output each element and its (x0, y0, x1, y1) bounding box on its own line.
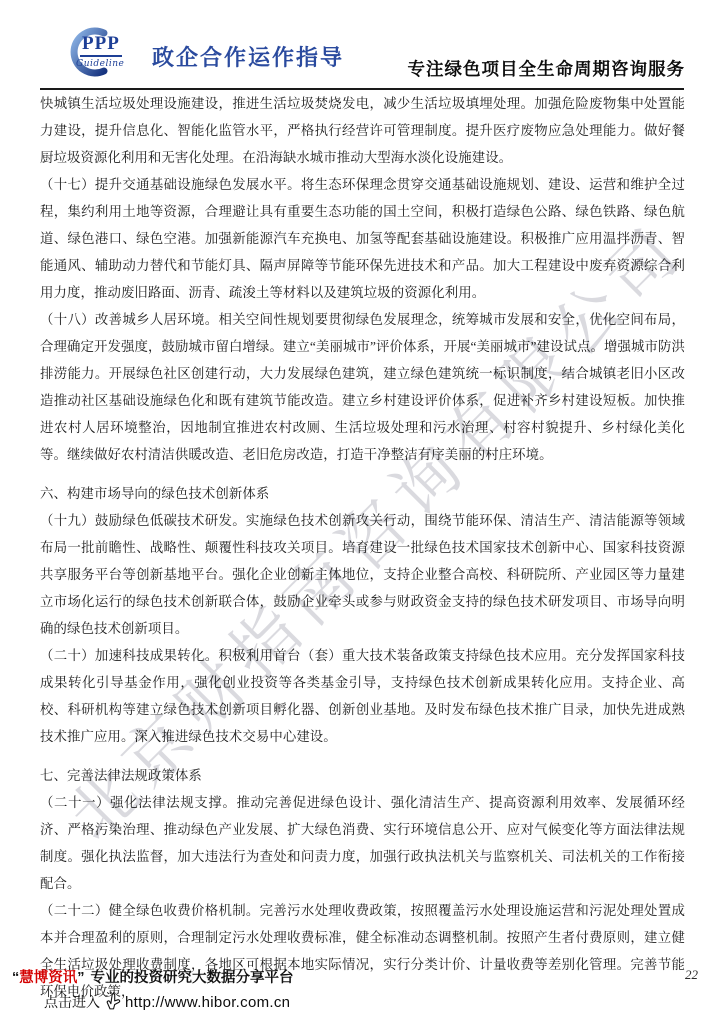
paragraph: （二十）加速科技成果转化。积极利用首台（套）重大技术装备政策支持绿色技术应用。充… (40, 642, 685, 750)
footer-brand-line: “慧博资讯”专业的投资研究大数据分享平台 (12, 966, 294, 987)
paragraph: （二十一）强化法律法规支撑。推动完善促进绿色设计、强化清洁生产、提高资源利用效率… (40, 789, 685, 897)
paragraph: 快城镇生活垃圾处理设施建设，推进生活垃圾焚烧发电，减少生活垃圾填埋处理。加强危险… (40, 90, 685, 171)
header-slogan: 专注绿色项目全生命周期咨询服务 (408, 56, 686, 81)
footer-tagline: 专业的投资研究大数据分享平台 (91, 970, 294, 986)
hand-cursor-icon (103, 991, 122, 1013)
footer-cta-label: 点击进入 (44, 992, 100, 1012)
footer-link-line: 点击进入 http://www.hibor.com.cn (44, 991, 290, 1013)
paragraph: （十八）改善城乡人居环境。相关空间性规划要贯彻绿色发展理念，统筹城市发展和安全，… (40, 306, 685, 468)
ppp-logo-text: PPP (80, 33, 122, 57)
section-heading: 六、构建市场导向的绿色技术创新体系 (40, 480, 685, 507)
header-brand-title: 政企合作运作指导 (152, 41, 344, 72)
page-number: 22 (685, 967, 698, 983)
hibor-brand: 慧博资讯 (19, 970, 77, 986)
ppp-logo-guideline-text: Guideline (76, 59, 124, 69)
section-heading: 七、完善法律法规政策体系 (40, 762, 685, 789)
document-body: 快城镇生活垃圾处理设施建设，推进生活垃圾焚烧发电，减少生活垃圾填埋处理。加强危险… (40, 90, 685, 1005)
footer-url[interactable]: http://www.hibor.com.cn (125, 994, 290, 1011)
document-page: 北京财指南咨询有限公司 PPP Guideline 政企合作运作指导 专注绿色项… (0, 0, 724, 1024)
paragraph: （十九）鼓励绿色低碳技术研发。实施绿色技术创新攻关行动，围绕节能环保、清洁生产、… (40, 507, 685, 642)
paragraph: （二十二）健全绿色收费价格机制。完善污水处理收费政策，按照覆盖污水处理设施运营和… (40, 897, 685, 1005)
quote-close: ” (77, 970, 84, 986)
paragraph: （十七）提升交通基础设施绿色发展水平。将生态环保理念贯穿交通基础设施规划、建设、… (40, 171, 685, 306)
